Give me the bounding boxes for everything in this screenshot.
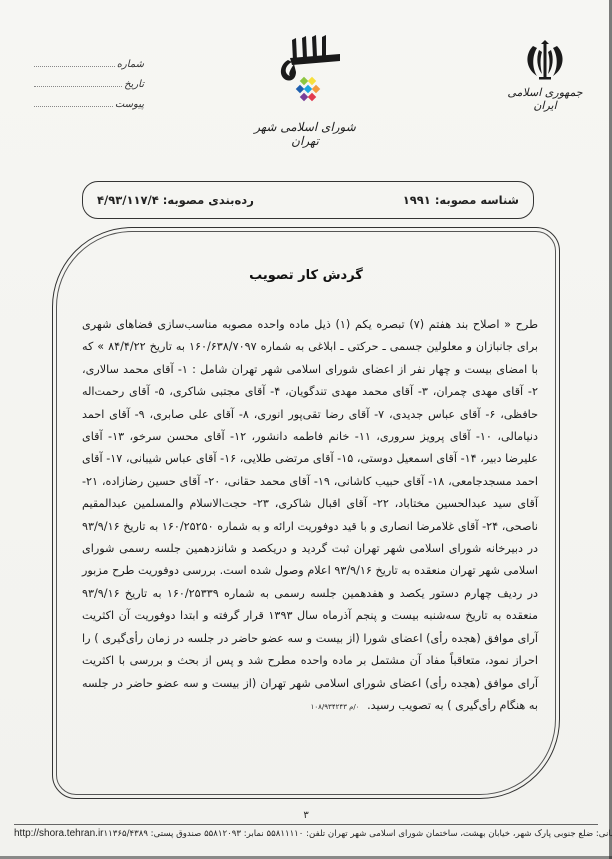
council-logo-block: شورای اسلامی شهر تهران — [240, 34, 370, 148]
approval-id: شناسه مصوبه: ۱۹۹۱ — [403, 193, 519, 207]
iran-emblem-icon — [523, 38, 567, 82]
footer-address: نشانی: ضلع جنوبی پارک شهر، خیابان بهشت، … — [104, 829, 612, 839]
ref-label-date: تاریخ — [122, 79, 144, 90]
classification-value: ۴/۹۳/۱۱۷/۴ — [97, 193, 159, 207]
ref-label-number: شماره — [115, 59, 144, 70]
council-caption: شورای اسلامی شهر تهران — [240, 120, 370, 148]
ref-field-number: شماره — [34, 52, 144, 70]
emblem-caption: جمهوری اسلامی ایران — [500, 86, 590, 112]
footer: http://shora.tehran.ir نشانی: ضلع جنوبی … — [14, 828, 598, 839]
approval-id-label: شناسه مصوبه: — [435, 193, 519, 207]
reference-fields: شماره تاریخ پیوست — [34, 52, 144, 112]
document-body-text: طرح « اصلاح بند هفتم (۷) تبصره یکم (۱) ذ… — [82, 318, 538, 712]
approval-classification: رده‌بندی مصوبه: ۴/۹۳/۱۱۷/۴ — [97, 193, 254, 207]
ref-field-attachment: پیوست — [34, 92, 144, 110]
ref-label-attachment: پیوست — [113, 99, 144, 110]
page-number: ۳ — [0, 810, 612, 821]
document-trailing-code: ۰/م ۱۰۸/۹۳۴۲۴۳ — [311, 703, 360, 711]
footer-divider — [14, 824, 598, 825]
iran-emblem-block: جمهوری اسلامی ایران — [500, 38, 590, 112]
classification-label: رده‌بندی مصوبه: — [163, 193, 254, 207]
document-body: طرح « اصلاح بند هفتم (۷) تبصره یکم (۱) ذ… — [82, 314, 538, 718]
ref-field-date: تاریخ — [34, 72, 144, 90]
ref-dots — [34, 78, 122, 87]
approval-info-bar: شناسه مصوبه: ۱۹۹۱ رده‌بندی مصوبه: ۴/۹۳/۱… — [82, 181, 534, 219]
footer-url-link[interactable]: http://shora.tehran.ir — [14, 828, 104, 839]
ref-dots — [34, 58, 115, 67]
ref-dots — [34, 98, 113, 107]
document-page: جمهوری اسلامی ایران شورای اسلامی شهر تهر… — [0, 0, 612, 859]
tehran-council-logo-icon — [260, 34, 350, 114]
document-heading: گردش کار تصویب — [0, 268, 612, 283]
approval-id-value: ۱۹۹۱ — [403, 193, 431, 207]
